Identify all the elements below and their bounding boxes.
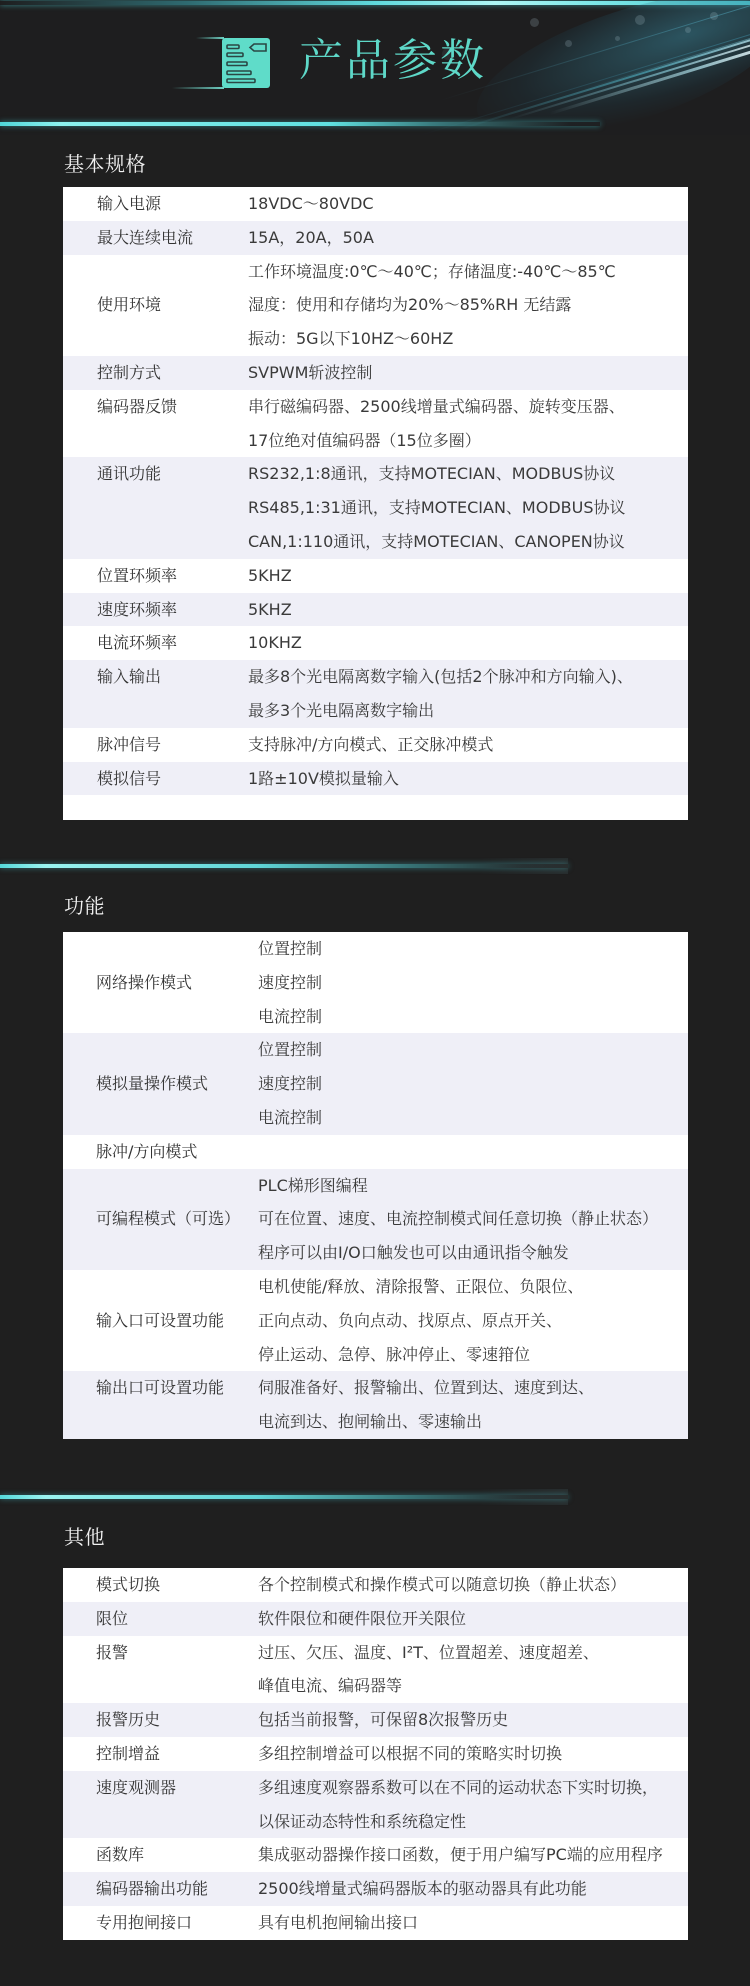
spec-value-line: 5KHZ (248, 559, 688, 593)
spec-value-line: 各个控制模式和操作模式可以随意切换（静止状态） (258, 1568, 688, 1602)
spec-value: 5KHZ (248, 559, 688, 593)
bokeh-dot (635, 15, 645, 25)
spec-row: 输入口可设置功能 电机使能/释放、清除报警、正限位、负限位、 正向点动、负向点动… (63, 1270, 688, 1371)
section-title-basic-specs: 基本规格 (64, 150, 146, 178)
spec-value-line: 具有电机抱闸输出接口 (258, 1906, 688, 1940)
spec-label: 输入输出 (63, 660, 248, 694)
spec-value-line: 速度控制 (258, 1067, 688, 1101)
spec-value-line: 振动：5G以下10HZ～60HZ (248, 322, 688, 356)
spec-value: 位置控制 速度控制 电流控制 (258, 1033, 688, 1134)
spec-value-line: PLC梯形图编程 (258, 1169, 688, 1203)
spec-value-line: 峰值电流、编码器等 (258, 1669, 688, 1703)
spec-label: 脉冲信号 (63, 728, 248, 762)
section-divider-line (0, 1489, 568, 1505)
spec-row: 最大连续电流 15A，20A，50A (63, 221, 688, 255)
spec-value-line: 伺服准备好、报警输出、位置到达、速度到达、 (258, 1371, 688, 1405)
spec-row: 模式切换 各个控制模式和操作模式可以随意切换（静止状态） (63, 1568, 688, 1602)
glow-fade (480, 858, 568, 874)
spec-value-line: 电流控制 (258, 1000, 688, 1034)
spec-label: 使用环境 (63, 288, 248, 322)
spec-value: 多组速度观察器系数可以在不同的运动状态下实时切换， 以保证动态特性和系统稳定性 (258, 1771, 688, 1839)
spec-value-line: 电流到达、抱闸输出、零速输出 (258, 1405, 688, 1439)
spec-value: 过压、欠压、温度、I²T、位置超差、速度超差、 峰值电流、编码器等 (258, 1636, 688, 1704)
spec-value-line: 2500线增量式编码器版本的驱动器具有此功能 (258, 1872, 688, 1906)
others-table: 模式切换 各个控制模式和操作模式可以随意切换（静止状态） 限位 软件限位和硬件限… (63, 1568, 688, 1940)
document-list-icon (222, 38, 270, 88)
spec-label: 最大连续电流 (63, 221, 248, 255)
spec-row: 输入输出 最多8个光电隔离数字输入(包括2个脉冲和方向输入)、 最多3个光电隔离… (63, 660, 688, 728)
spec-label: 限位 (63, 1602, 258, 1636)
spec-row: 报警历史 包括当前报警，可保留8次报警历史 (63, 1703, 688, 1737)
spec-row: 输入电源 18VDC～80VDC (63, 187, 688, 221)
spec-value: 软件限位和硬件限位开关限位 (258, 1602, 688, 1636)
page-title: 产品参数 (299, 35, 487, 87)
spec-value-line: 过压、欠压、温度、I²T、位置超差、速度超差、 (258, 1636, 688, 1670)
spec-value: 包括当前报警，可保留8次报警历史 (258, 1703, 688, 1737)
spec-row: 位置环频率 5KHZ (63, 559, 688, 593)
spec-label: 电流环频率 (63, 626, 248, 660)
spec-label: 可编程模式（可选） (63, 1202, 258, 1236)
spec-value-line: 多组控制增益可以根据不同的策略实时切换 (258, 1737, 688, 1771)
spec-value: 支持脉冲/方向模式、正交脉冲模式 (248, 728, 688, 762)
spec-value-line: 集成驱动器操作接口函数，便于用户编写PC端的应用程序 (258, 1838, 688, 1872)
spec-label: 通讯功能 (63, 457, 248, 491)
spec-value-line: 速度控制 (258, 966, 688, 1000)
spec-row: 速度观测器 多组速度观察器系数可以在不同的运动状态下实时切换， 以保证动态特性和… (63, 1771, 688, 1839)
spec-value: 5KHZ (248, 593, 688, 627)
spec-label: 编码器输出功能 (63, 1872, 258, 1906)
spec-value-line: 位置控制 (258, 1033, 688, 1067)
spec-value-line: 软件限位和硬件限位开关限位 (258, 1602, 688, 1636)
spec-row: 可编程模式（可选） PLC梯形图编程 可在位置、速度、电流控制模式间任意切换（静… (63, 1169, 688, 1270)
spec-value-line: 电流控制 (258, 1101, 688, 1135)
spec-value: 多组控制增益可以根据不同的策略实时切换 (258, 1737, 688, 1771)
section-title-others: 其他 (64, 1523, 105, 1551)
spec-value: 电机使能/释放、清除报警、正限位、负限位、 正向点动、负向点动、找原点、原点开关… (258, 1270, 688, 1371)
spec-label: 编码器反馈 (63, 390, 248, 424)
spec-value: 位置控制 速度控制 电流控制 (258, 932, 688, 1033)
spec-label: 专用抱闸接口 (63, 1906, 258, 1940)
spec-value: 各个控制模式和操作模式可以随意切换（静止状态） (258, 1568, 688, 1602)
spec-label: 输入电源 (63, 187, 248, 221)
spec-value: RS232,1:8通讯，支持MOTECIAN、MODBUS协议 RS485,1:… (248, 457, 688, 558)
spec-value-line: SVPWM斩波控制 (248, 356, 688, 390)
spec-value-line: 可在位置、速度、电流控制模式间任意切换（静止状态） (258, 1202, 688, 1236)
spec-label: 输出口可设置功能 (63, 1371, 258, 1405)
spec-value: 15A，20A，50A (248, 221, 688, 255)
spec-value-line: 位置控制 (258, 932, 688, 966)
icon-glow-streak (172, 87, 224, 89)
spec-value: 2500线增量式编码器版本的驱动器具有此功能 (258, 1872, 688, 1906)
spec-row: 脉冲/方向模式 (63, 1135, 688, 1169)
spec-row: 函数库 集成驱动器操作接口函数，便于用户编写PC端的应用程序 (63, 1838, 688, 1872)
spec-row: 编码器反馈 串行磁编码器、2500线增量式编码器、旋转变压器、 17位绝对值编码… (63, 390, 688, 458)
spec-value-line: 多组速度观察器系数可以在不同的运动状态下实时切换， (258, 1771, 688, 1805)
spec-value (258, 1135, 688, 1169)
spec-row: 模拟量操作模式 位置控制 速度控制 电流控制 (63, 1033, 688, 1134)
spec-row: 输出口可设置功能 伺服准备好、报警输出、位置到达、速度到达、 电流到达、抱闸输出… (63, 1371, 688, 1439)
spec-value-line: 5KHZ (248, 593, 688, 627)
spec-label: 模式切换 (63, 1568, 258, 1602)
spec-value-line: 包括当前报警，可保留8次报警历史 (258, 1703, 688, 1737)
spec-label: 网络操作模式 (63, 966, 258, 1000)
spec-label: 报警历史 (63, 1703, 258, 1737)
spec-label: 函数库 (63, 1838, 258, 1872)
spec-value-line: RS232,1:8通讯，支持MOTECIAN、MODBUS协议 (248, 457, 688, 491)
spec-label: 速度环频率 (63, 593, 248, 627)
page-header: 产品参数 (0, 0, 750, 135)
spec-value-line: 10KHZ (248, 626, 688, 660)
spec-value: SVPWM斩波控制 (248, 356, 688, 390)
spec-label: 位置环频率 (63, 559, 248, 593)
spec-value-line: 支持脉冲/方向模式、正交脉冲模式 (248, 728, 688, 762)
spec-value-line: 串行磁编码器、2500线增量式编码器、旋转变压器、 (248, 390, 688, 424)
spec-value-line: 程序可以由I/O口触发也可以由通讯指令触发 (258, 1236, 688, 1270)
spec-label: 模拟信号 (63, 762, 248, 796)
section-divider-line (0, 858, 568, 874)
spec-row: 编码器输出功能 2500线增量式编码器版本的驱动器具有此功能 (63, 1872, 688, 1906)
basic-specs-table: 输入电源 18VDC～80VDC 最大连续电流 15A，20A，50A 使用环境… (63, 187, 688, 820)
spec-row: 网络操作模式 位置控制 速度控制 电流控制 (63, 932, 688, 1033)
spec-label: 报警 (63, 1636, 258, 1670)
spec-value-line: 电机使能/释放、清除报警、正限位、负限位、 (258, 1270, 688, 1304)
spec-value-line: 停止运动、急停、脉冲停止、零速箝位 (258, 1338, 688, 1372)
spec-value-line: 以保证动态特性和系统稳定性 (258, 1805, 688, 1839)
spec-row: 控制增益 多组控制增益可以根据不同的策略实时切换 (63, 1737, 688, 1771)
spec-value-line: 17位绝对值编码器（15位多圈） (248, 424, 688, 458)
spec-value-line: 湿度：使用和存储均为20%～85%RH 无结露 (248, 288, 688, 322)
spec-row: 模拟信号 1路±10V模拟量输入 (63, 762, 688, 796)
bokeh-dot (685, 27, 691, 33)
spec-row: 通讯功能 RS232,1:8通讯，支持MOTECIAN、MODBUS协议 RS4… (63, 457, 688, 558)
spec-label: 速度观测器 (63, 1771, 258, 1805)
glow-fade (480, 1489, 568, 1505)
spec-value: 具有电机抱闸输出接口 (258, 1906, 688, 1940)
spec-label: 输入口可设置功能 (63, 1304, 258, 1338)
spec-row: 报警 过压、欠压、温度、I²T、位置超差、速度超差、 峰值电流、编码器等 (63, 1636, 688, 1704)
icon-glow-streak (196, 37, 224, 39)
spec-value: 串行磁编码器、2500线增量式编码器、旋转变压器、 17位绝对值编码器（15位多… (248, 390, 688, 458)
spec-value-line: 1路±10V模拟量输入 (248, 762, 688, 796)
spec-value: 18VDC～80VDC (248, 187, 688, 221)
spec-label: 模拟量操作模式 (63, 1067, 258, 1101)
section-title-functions: 功能 (64, 892, 105, 920)
bokeh-dot (530, 18, 539, 27)
spec-value: 1路±10V模拟量输入 (248, 762, 688, 796)
spec-row: 速度环频率 5KHZ (63, 593, 688, 627)
spec-value: PLC梯形图编程 可在位置、速度、电流控制模式间任意切换（静止状态） 程序可以由… (258, 1169, 688, 1270)
spec-value: 集成驱动器操作接口函数，便于用户编写PC端的应用程序 (258, 1838, 688, 1872)
spec-value-line: CAN,1:110通讯，支持MOTECIAN、CANOPEN协议 (248, 525, 688, 559)
bokeh-dot (710, 12, 718, 20)
spec-label: 控制增益 (63, 1737, 258, 1771)
bokeh-dot (565, 40, 572, 47)
spec-value-line: 18VDC～80VDC (248, 187, 688, 221)
spec-label: 脉冲/方向模式 (63, 1135, 258, 1169)
spec-row: 电流环频率 10KHZ (63, 626, 688, 660)
spec-value-line: 正向点动、负向点动、找原点、原点开关、 (258, 1304, 688, 1338)
spec-value: 工作环境温度:0℃～40℃；存储温度:-40℃～85℃ 湿度：使用和存储均为20… (248, 255, 688, 356)
spec-value-line: RS485,1:31通讯，支持MOTECIAN、MODBUS协议 (248, 491, 688, 525)
spec-value: 10KHZ (248, 626, 688, 660)
spec-value-line: 15A，20A，50A (248, 221, 688, 255)
spec-row: 限位 软件限位和硬件限位开关限位 (63, 1602, 688, 1636)
spec-row: 专用抱闸接口 具有电机抱闸输出接口 (63, 1906, 688, 1940)
bokeh-dot (615, 36, 620, 41)
spec-value-line: 最多8个光电隔离数字输入(包括2个脉冲和方向输入)、 (248, 660, 688, 694)
spec-row: 控制方式 SVPWM斩波控制 (63, 356, 688, 390)
spec-value-line: 工作环境温度:0℃～40℃；存储温度:-40℃～85℃ (248, 255, 688, 289)
spec-label: 控制方式 (63, 356, 248, 390)
spec-row: 脉冲信号 支持脉冲/方向模式、正交脉冲模式 (63, 728, 688, 762)
spec-value: 伺服准备好、报警输出、位置到达、速度到达、 电流到达、抱闸输出、零速输出 (258, 1371, 688, 1439)
functions-table: 网络操作模式 位置控制 速度控制 电流控制 模拟量操作模式 位置控制 速度控制 … (63, 932, 688, 1439)
spec-value-line: 最多3个光电隔离数字输出 (248, 694, 688, 728)
spec-value: 最多8个光电隔离数字输入(包括2个脉冲和方向输入)、 最多3个光电隔离数字输出 (248, 660, 688, 728)
header-divider-line (0, 122, 600, 126)
spec-row: 使用环境 工作环境温度:0℃～40℃；存储温度:-40℃～85℃ 湿度：使用和存… (63, 255, 688, 356)
